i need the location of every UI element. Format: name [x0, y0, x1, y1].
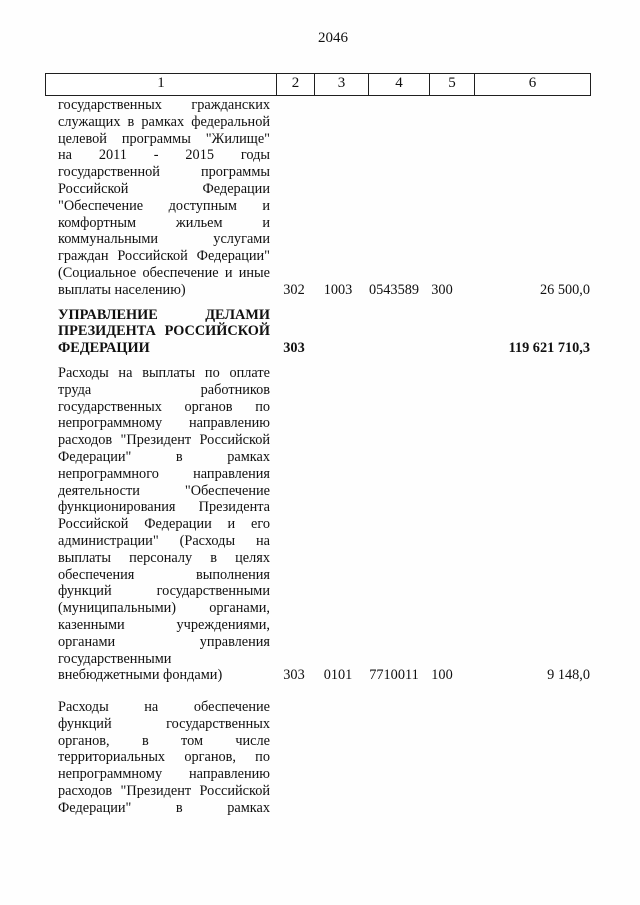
text-line: расходов "Президент Российской	[58, 783, 270, 800]
text-line: внебюджетными фондами)	[58, 667, 270, 684]
row-text: Расходы на выплаты по оплатетруда работн…	[58, 365, 270, 684]
column-header-4: 4	[368, 74, 429, 95]
text-line: деятельности "Обеспечение	[58, 483, 270, 500]
table-row: государственных гражданскихслужащих в ра…	[58, 97, 592, 299]
text-line: УПРАВЛЕНИЕ ДЕЛАМИ	[58, 307, 270, 324]
column-header-2: 2	[276, 74, 314, 95]
text-line: (муниципальными) органами,	[58, 600, 270, 617]
text-line: органов, в том числе	[58, 733, 270, 750]
cell-expense-kind-code: 100	[422, 667, 462, 684]
text-line: (Социальное обеспечение и иные	[58, 265, 270, 282]
text-line: казенными учреждениями,	[58, 617, 270, 634]
text-line: государственных гражданских	[58, 97, 270, 114]
text-line: ФЕДЕРАЦИИ	[58, 340, 270, 357]
cell-grbs-code: 303	[277, 340, 311, 357]
document-page: 2046 1 2 3 4 5 6 государственных граждан…	[0, 0, 640, 905]
cell-amount: 9 148,0	[473, 667, 590, 684]
text-line: на 2011 - 2015 годы	[58, 147, 270, 164]
column-header-6: 6	[474, 74, 590, 95]
row-text: УПРАВЛЕНИЕ ДЕЛАМИПРЕЗИДЕНТА РОССИЙСКОЙФЕ…	[58, 307, 270, 357]
cell-razdel-code: 0101	[314, 667, 362, 684]
text-line: Федерации" в рамках	[58, 800, 270, 817]
page-number: 2046	[0, 30, 640, 47]
text-line: служащих в рамках федеральной	[58, 114, 270, 131]
text-line: расходов "Президент Российской	[58, 432, 270, 449]
text-line: непрограммного направления	[58, 466, 270, 483]
text-line: труда работников	[58, 382, 270, 399]
text-line: выплаты персоналу в целях	[58, 550, 270, 567]
text-line: государственными	[58, 651, 270, 668]
cell-target-article-code: 7710011	[366, 667, 422, 684]
text-line: Российской Федерации	[58, 181, 270, 198]
column-header-1: 1	[46, 74, 276, 95]
text-line: территориальных органов, по	[58, 749, 270, 766]
cell-amount: 26 500,0	[473, 282, 590, 299]
row-text: государственных гражданскихслужащих в ра…	[58, 97, 270, 299]
table-row: УПРАВЛЕНИЕ ДЕЛАМИПРЕЗИДЕНТА РОССИЙСКОЙФЕ…	[58, 307, 592, 357]
cell-grbs-code: 302	[277, 282, 311, 299]
column-header-5: 5	[429, 74, 474, 95]
text-line: Расходы на выплаты по оплате	[58, 365, 270, 382]
text-line: непрограммному направлению	[58, 415, 270, 432]
text-line: комфортным жильем и	[58, 215, 270, 232]
table-body: государственных гражданскихслужащих в ра…	[58, 97, 592, 825]
text-line: функций государственных	[58, 716, 270, 733]
cell-grbs-code: 303	[277, 667, 311, 684]
text-line: функционирования Президента	[58, 499, 270, 516]
column-header-3: 3	[314, 74, 368, 95]
text-line: государственной программы	[58, 164, 270, 181]
text-line: целевой программы "Жилище"	[58, 131, 270, 148]
text-line: функций государственными	[58, 583, 270, 600]
text-line: Российской Федерации и его	[58, 516, 270, 533]
text-line: органами управления	[58, 634, 270, 651]
cell-expense-kind-code: 300	[422, 282, 462, 299]
text-line: выплаты населению)	[58, 282, 270, 299]
text-line: администрации" (Расходы на	[58, 533, 270, 550]
cell-razdel-code: 1003	[314, 282, 362, 299]
text-line: обеспечения выполнения	[58, 567, 270, 584]
row-text: Расходы на обеспечениефункций государств…	[58, 699, 270, 817]
table-row: Расходы на обеспечениефункций государств…	[58, 699, 592, 817]
cell-amount: 119 621 710,3	[473, 340, 590, 357]
cell-target-article-code: 0543589	[366, 282, 422, 299]
text-line: Расходы на обеспечение	[58, 699, 270, 716]
table-header-row: 1 2 3 4 5 6	[45, 73, 591, 96]
text-line: Федерации" в рамках	[58, 449, 270, 466]
text-line: коммунальными услугами	[58, 231, 270, 248]
text-line: "Обеспечение доступным и	[58, 198, 270, 215]
text-line: граждан Российской Федерации"	[58, 248, 270, 265]
text-line: непрограммному направлению	[58, 766, 270, 783]
table-row: Расходы на выплаты по оплатетруда работн…	[58, 365, 592, 684]
text-line: государственных органов по	[58, 399, 270, 416]
text-line: ПРЕЗИДЕНТА РОССИЙСКОЙ	[58, 323, 270, 340]
